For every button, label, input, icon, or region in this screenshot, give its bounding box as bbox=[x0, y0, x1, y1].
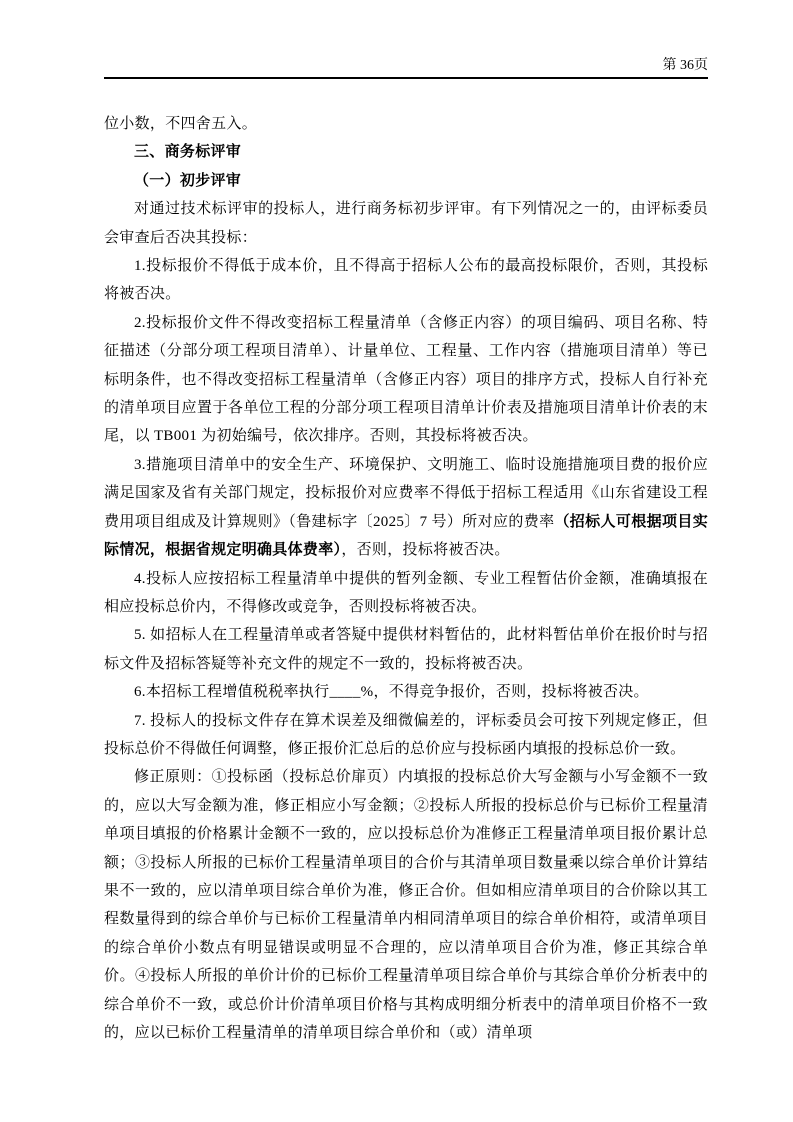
text-segment: 4.投标人应按招标工程量清单中提供的暂列金额、专业工程暂估价金额，准确填报在相应… bbox=[104, 571, 708, 615]
paragraph-item-6: 6.本招标工程增值税税率执行____%，不得竞争报价，否则，投标将被否决。 bbox=[104, 678, 708, 706]
bold-text-segment: 三、商务标评审 bbox=[134, 144, 241, 160]
document-body: 位小数，不四舍五入。三、商务标评审（一）初步评审对通过技术标评审的投标人，进行商… bbox=[104, 110, 708, 1047]
paragraph-item-5: 5. 如招标人在工程量清单或者答疑中提供材料暂估的，此材料暂估单价在报价时与招标… bbox=[104, 621, 708, 678]
text-segment: 对通过技术标评审的投标人，进行商务标初步评审。有下列情况之一的，由评标委员会审查… bbox=[104, 201, 708, 245]
text-segment: 7. 投标人的投标文件存在算术误差及细微偏差的，评标委员会可按下列规定修正，但投… bbox=[104, 713, 708, 757]
paragraph-intro: 对通过技术标评审的投标人，进行商务标初步评审。有下列情况之一的，由评标委员会审查… bbox=[104, 195, 708, 252]
paragraph-item-1: 1.投标报价不得低于成本价，且不得高于招标人公布的最高投标限价，否则，其投标将被… bbox=[104, 252, 708, 309]
text-segment: 6.本招标工程增值税税率执行 bbox=[134, 684, 329, 700]
page-number: 第 36页 bbox=[663, 58, 709, 73]
text-segment: 2.投标报价文件不得改变招标工程量清单（含修正内容）的项目编码、项目名称、特征描… bbox=[104, 315, 708, 445]
heading-commercial-bid-review: 三、商务标评审 bbox=[104, 138, 708, 166]
paragraph-item-3: 3.措施项目清单中的安全生产、环境保护、文明施工、临时设施措施项目费的报价应满足… bbox=[104, 451, 708, 565]
text-segment: %，不得竞争报价，否则，投标将被否决。 bbox=[361, 684, 649, 700]
text-segment: 位小数，不四舍五入。 bbox=[104, 116, 257, 132]
document-page: 第 36页 位小数，不四舍五入。三、商务标评审（一）初步评审对通过技术标评审的投… bbox=[0, 0, 793, 1122]
paragraph-item-2: 2.投标报价文件不得改变招标工程量清单（含修正内容）的项目编码、项目名称、特征描… bbox=[104, 309, 708, 451]
paragraph-item-4: 4.投标人应按招标工程量清单中提供的暂列金额、专业工程暂估价金额，准确填报在相应… bbox=[104, 565, 708, 622]
heading-preliminary-review: （一）初步评审 bbox=[104, 167, 708, 195]
bold-text-segment: （一）初步评审 bbox=[134, 173, 241, 189]
paragraph-correction-principles: 修正原则：①投标函（投标总价扉页）内填报的投标总价大写金额与小写金额不一致的，应… bbox=[104, 763, 708, 1047]
text-segment: 1.投标报价不得低于成本价，且不得高于招标人公布的最高投标限价，否则，其投标将被… bbox=[104, 258, 708, 302]
text-segment: ，否则，投标将被否决。 bbox=[341, 542, 509, 558]
paragraph-continuation: 位小数，不四舍五入。 bbox=[104, 110, 708, 138]
page-header: 第 36页 bbox=[104, 55, 708, 79]
text-segment: ____ bbox=[329, 684, 360, 700]
text-segment: 5. 如招标人在工程量清单或者答疑中提供材料暂估的，此材料暂估单价在报价时与招标… bbox=[104, 627, 708, 671]
paragraph-item-7: 7. 投标人的投标文件存在算术误差及细微偏差的，评标委员会可按下列规定修正，但投… bbox=[104, 707, 708, 764]
text-segment: 修正原则：①投标函（投标总价扉页）内填报的投标总价大写金额与小写金额不一致的，应… bbox=[104, 769, 708, 1041]
